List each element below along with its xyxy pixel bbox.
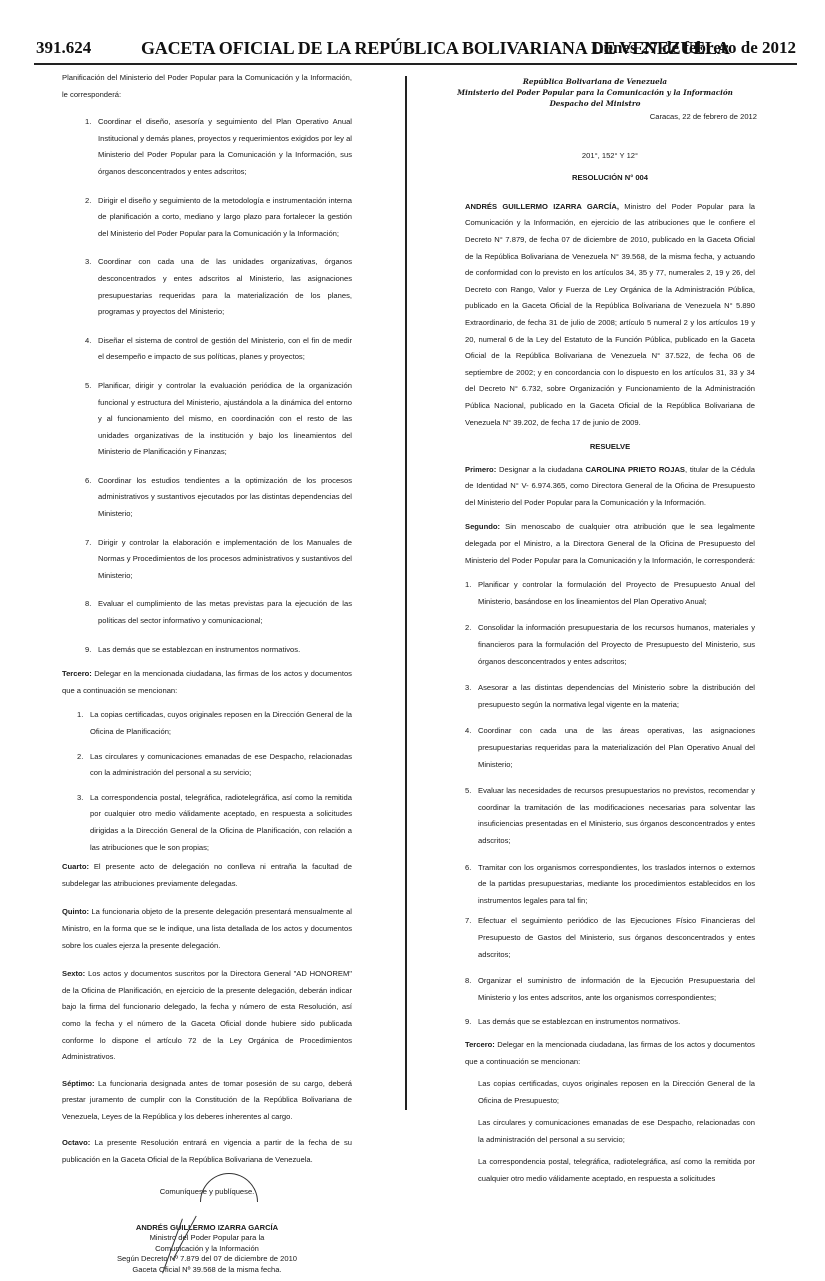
primero-paragraph: Primero: Designar a la ciudadana CAROLIN…	[465, 462, 755, 512]
signatory-title-1: Ministro del Poder Popular para la	[62, 1233, 352, 1244]
list-item: 7.Efectuar el seguimiento periódico de l…	[465, 913, 755, 963]
segundo-paragraph: Segundo: Sin menoscabo de cualquier otra…	[465, 519, 755, 569]
intro-paragraph: Planificación del Ministerio del Poder P…	[62, 70, 352, 103]
signatory: ANDRÉS GUILLERMO IZARRA GARCÍA Ministro …	[62, 1223, 352, 1276]
list-item: 2.Dirigir el diseño y seguimiento de la …	[85, 193, 352, 243]
delegation-list-right: Las copias certificadas, cuyos originale…	[478, 1076, 755, 1188]
list-item: 2.Las circulares y comunicaciones emanad…	[77, 749, 352, 782]
delegation-list: 1.La copias certificadas, cuyos original…	[77, 707, 352, 856]
right-column: República Bolivariana de Venezuela Minis…	[465, 70, 755, 1188]
list-item: Las copias certificadas, cuyos originale…	[478, 1076, 755, 1109]
letterhead: República Bolivariana de Venezuela Minis…	[445, 76, 745, 109]
quinto-paragraph: Quinto: La funcionaria objeto de la pres…	[62, 904, 352, 954]
signatory-name: ANDRÉS GUILLERMO IZARRA GARCÍA	[62, 1223, 352, 1234]
letterhead-office: Despacho del Ministro	[445, 98, 745, 109]
signatory-gazette: Gaceta Oficial Nº 39.568 de la misma fec…	[62, 1265, 352, 1276]
tercero-paragraph: Tercero: Delegar en la mencionada ciudad…	[62, 666, 352, 699]
cuarto-paragraph: Cuarto: El presente acto de delegación n…	[62, 859, 352, 892]
list-item: 9.Las demás que se establezcan en instru…	[465, 1014, 755, 1031]
resolution-number: RESOLUCIÓN N° 004	[465, 170, 755, 187]
list-item: 3.La correspondencia postal, telegráfica…	[77, 790, 352, 856]
resuelve-heading: RESUELVE	[465, 439, 755, 456]
place-date: Caracas, 22 de febrero de 2012	[465, 109, 757, 126]
list-item: 1.Coordinar el diseño, asesoría y seguim…	[85, 114, 352, 180]
tercero-paragraph-right: Tercero: Delegar en la mencionada ciudad…	[465, 1037, 755, 1070]
list-item: 3.Coordinar con cada una de las unidades…	[85, 254, 352, 320]
minister-name: ANDRÉS GUILLERMO IZARRA GARCÍA,	[465, 202, 619, 211]
list-item: 6.Coordinar los estudios tendientes a la…	[85, 473, 352, 523]
closing-formula: Comuníquese y publíquese.	[62, 1187, 352, 1198]
budget-functions-list: 1.Planificar y controlar la formulación …	[465, 577, 755, 1031]
list-item: 1.La copias certificadas, cuyos original…	[77, 707, 352, 740]
list-item: La correspondencia postal, telegráfica, …	[478, 1154, 755, 1187]
functions-list: 1.Coordinar el diseño, asesoría y seguim…	[85, 114, 352, 658]
list-item: 5.Planificar, dirigir y controlar la eva…	[85, 378, 352, 461]
sexto-paragraph: Sexto: Los actos y documentos suscritos …	[62, 966, 352, 1066]
list-item: 1.Planificar y controlar la formulación …	[465, 577, 755, 610]
list-item: 7.Dirigir y controlar la elaboración e i…	[85, 535, 352, 585]
list-item: 8.Organizar el suministro de información…	[465, 973, 755, 1006]
column-divider	[405, 76, 407, 1110]
list-item: 3.Asesorar a las distintas dependencias …	[465, 680, 755, 713]
letterhead-republic: República Bolivariana de Venezuela	[445, 76, 745, 87]
gazette-page: 391.624 GACETA OFICIAL DE LA REPÚBLICA B…	[0, 0, 825, 1281]
list-item: 8.Evaluar el cumplimiento de las metas p…	[85, 596, 352, 629]
list-item: Las circulares y comunicaciones emanadas…	[478, 1115, 755, 1148]
letterhead-ministry: Ministerio del Poder Popular para la Com…	[445, 87, 745, 98]
page-header: 391.624 GACETA OFICIAL DE LA REPÚBLICA B…	[36, 38, 796, 64]
header-rule	[34, 63, 797, 65]
list-item: 9.Las demás que se establezcan en instru…	[85, 642, 352, 659]
preamble-paragraph: ANDRÉS GUILLERMO IZARRA GARCÍA, Ministro…	[465, 199, 755, 431]
signatory-title-2: Comunicación y la Información	[62, 1244, 352, 1255]
patriotic-years: 201°, 152° Y 12°	[465, 148, 755, 165]
signatory-decree: Según Decreto Nº 7.879 del 07 de diciemb…	[62, 1254, 352, 1265]
list-item: 5.Evaluar las necesidades de recursos pr…	[465, 783, 755, 849]
list-item: 4.Diseñar el sistema de control de gesti…	[85, 333, 352, 366]
signature-block: Comuníquese y publíquese. ANDRÉS GUILLER…	[62, 1173, 352, 1281]
page-number: 391.624	[36, 38, 91, 58]
designee-name: CAROLINA PRIETO ROJAS	[585, 465, 685, 474]
octavo-paragraph: Octavo: La presente Resolución entrará e…	[62, 1135, 352, 1168]
list-item: 4.Coordinar con cada una de las áreas op…	[465, 723, 755, 773]
list-item: 6.Tramitar con los organismos correspond…	[465, 860, 755, 910]
issue-date: Lunes 27 de febrero de 2012	[592, 38, 796, 58]
septimo-paragraph: Séptimo: La funcionaria designada antes …	[62, 1076, 352, 1126]
list-item: 2.Consolidar la información presupuestar…	[465, 620, 755, 670]
left-column: Planificación del Ministerio del Poder P…	[62, 70, 352, 1281]
